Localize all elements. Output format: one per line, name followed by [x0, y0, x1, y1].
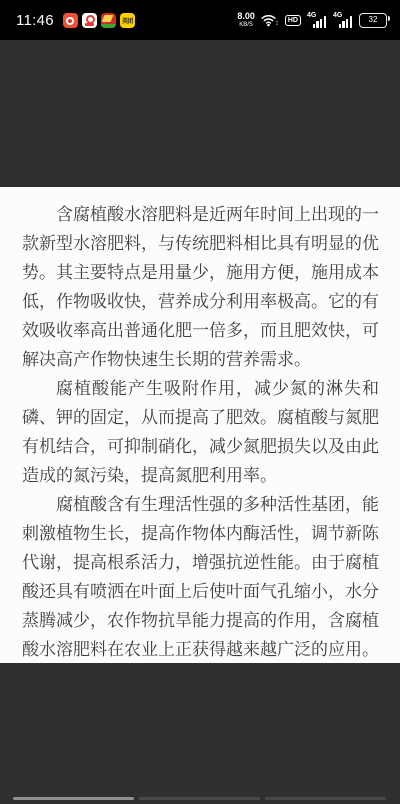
wifi-icon: [261, 13, 279, 27]
news-app-icon: [101, 13, 116, 28]
phone-screen: 11:46 美团 8.00 KB/S HD: [0, 0, 400, 804]
video-app-bar-glyph: [85, 23, 94, 26]
page-indicator-segment-1[interactable]: [13, 797, 134, 800]
network-speed-value: 8.00: [237, 12, 255, 21]
sim1-signal-bars: [313, 16, 326, 28]
battery-percent: 32: [369, 16, 378, 24]
news-app-swoosh-glyph: [102, 15, 114, 22]
sim2-signal-bars: [339, 16, 352, 28]
sim1-signal-icon: 4G: [307, 12, 327, 29]
sim2-signal-icon: 4G: [333, 12, 353, 29]
notification-app-icons: 美团: [63, 13, 135, 28]
status-bar: 11:46 美团 8.00 KB/S HD: [0, 0, 400, 40]
paragraph: 腐植酸含有生理活性强的多种活性基团，能刺激植物生长，提高作物体内酶活性，调节新陈…: [22, 490, 379, 664]
page-indicator-segment-2[interactable]: [139, 797, 260, 800]
meituan-icon: 美团: [120, 13, 135, 28]
news-app-stripe-glyph: [101, 24, 116, 28]
clock: 11:46: [16, 12, 54, 29]
weibo-icon: [63, 13, 78, 28]
network-speed-unit: KB/S: [239, 22, 253, 28]
network-speed: 8.00 KB/S: [237, 12, 255, 28]
video-app-icon: [82, 13, 97, 28]
weibo-eye-glyph: [66, 17, 74, 25]
paragraph: 腐植酸能产生吸附作用，减少氮的淋失和磷、钾的固定，从而提高了肥效。腐植酸与氮肥有…: [22, 374, 379, 490]
page-indicator-segment-3[interactable]: [265, 797, 386, 800]
volte-hd-icon: HD: [285, 15, 301, 26]
status-indicators: 8.00 KB/S HD 4G 4G: [237, 12, 390, 29]
battery-icon: 32: [359, 13, 387, 28]
paragraph: 含腐植酸水溶肥料是近两年时间上出现的一款新型水溶肥料，与传统肥料相比具有明显的优…: [22, 200, 379, 374]
document-page[interactable]: 含腐植酸水溶肥料是近两年时间上出现的一款新型水溶肥料，与传统肥料相比具有明显的优…: [0, 187, 400, 663]
document-text-block: 含腐植酸水溶肥料是近两年时间上出现的一款新型水溶肥料，与传统肥料相比具有明显的优…: [0, 187, 400, 664]
page-progress-indicator: [13, 797, 386, 800]
